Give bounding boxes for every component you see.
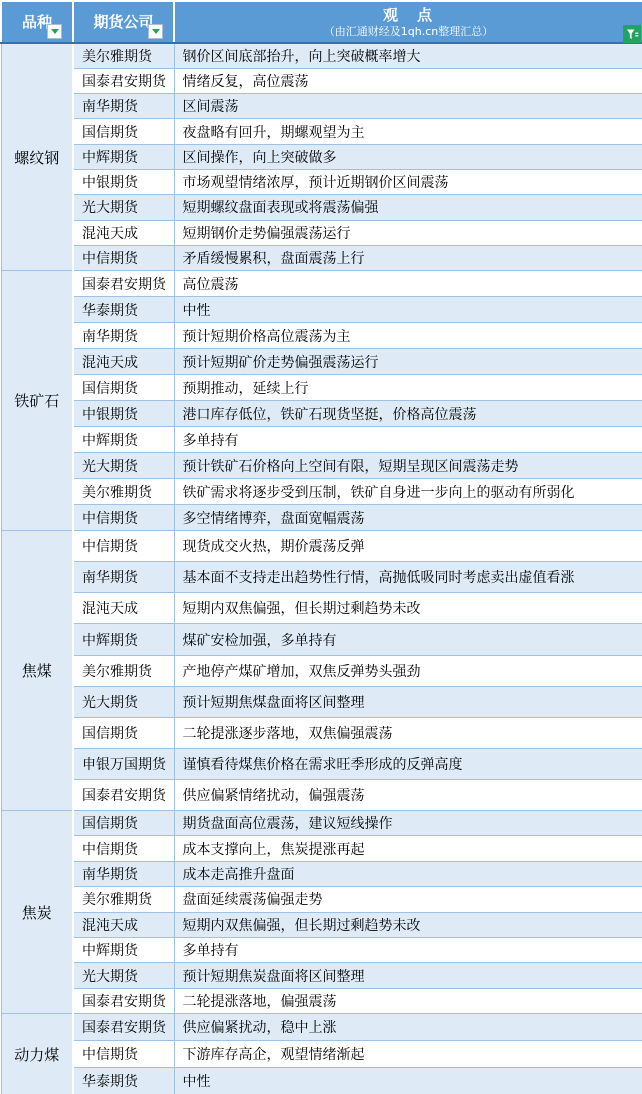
- variety-cell: 焦炭: [1, 811, 73, 1014]
- view-cell: 下游库存高企，观望情绪渐起: [174, 1041, 642, 1068]
- table-row: 美尔雅期货铁矿需求将逐步受到压制，铁矿自身进一步向上的驱动有所弱化: [1, 479, 642, 505]
- company-cell: 光大期货: [73, 453, 174, 479]
- table-row: 中辉期货煤矿安检加强，多单持有: [1, 624, 642, 655]
- view-cell: 矛盾缓慢累积，盘面震荡上行: [174, 245, 642, 270]
- futures-views-table: 品种 期货公司 观 点 （由汇通财经及1qh.cn整理汇总） 螺纹钢美尔雅期货: [0, 0, 642, 1094]
- table-row: 焦煤中信期货现货成交火热，期价震荡反弹: [1, 531, 642, 562]
- table-row: 国泰君安期货二轮提涨落地，偏强震荡: [1, 988, 642, 1013]
- view-cell: 预计短期矿价走势偏强震荡运行: [174, 349, 642, 375]
- view-cell: 短期内双焦偏强，但长期过剩趋势未改: [174, 912, 642, 937]
- company-cell: 中信期货: [73, 245, 174, 270]
- header-view-subtitle: （由汇通财经及1qh.cn整理汇总）: [175, 25, 642, 38]
- header-row: 品种 期货公司 观 点 （由汇通财经及1qh.cn整理汇总）: [1, 1, 642, 43]
- table-row: 光大期货短期螺纹盘面表现或将震荡偏强: [1, 195, 642, 220]
- view-cell: 短期钢价走势偏强震荡运行: [174, 220, 642, 245]
- view-cell: 中性: [174, 297, 642, 323]
- view-cell: 情绪反复，高位震荡: [174, 68, 642, 93]
- view-cell: 区间操作，向上突破做多: [174, 144, 642, 169]
- company-cell: 混沌天成: [73, 593, 174, 624]
- company-cell: 美尔雅期货: [73, 479, 174, 505]
- view-cell: 煤矿安检加强，多单持有: [174, 624, 642, 655]
- company-cell: 光大期货: [73, 686, 174, 717]
- table-row: 混沌天成短期内双焦偏强，但长期过剩趋势未改: [1, 593, 642, 624]
- company-cell: 南华期货: [73, 323, 174, 349]
- company-cell: 中信期货: [73, 1041, 174, 1068]
- company-cell: 美尔雅期货: [73, 655, 174, 686]
- table-row: 南华期货区间震荡: [1, 94, 642, 119]
- variety-cell: 铁矿石: [1, 271, 73, 531]
- table-row: 中辉期货区间操作，向上突破做多: [1, 144, 642, 169]
- company-cell: 南华期货: [73, 94, 174, 119]
- view-cell: 产地停产煤矿增加，双焦反弹势头强劲: [174, 655, 642, 686]
- table-row: 国信期货二轮提涨逐步落地，双焦偏强震荡: [1, 717, 642, 748]
- table-row: 中信期货成本支撑向上，焦炭提涨再起: [1, 836, 642, 861]
- table-row: 中信期货矛盾缓慢累积，盘面震荡上行: [1, 245, 642, 270]
- view-cell: 供应偏紧情绪扰动，偏强震荡: [174, 779, 642, 810]
- table-row: 国泰君安期货供应偏紧情绪扰动，偏强震荡: [1, 779, 642, 810]
- company-cell: 华泰期货: [73, 1068, 174, 1094]
- table-row: 美尔雅期货盘面延续震荡偏强走势: [1, 887, 642, 912]
- table-row: 光大期货预计短期焦炭盘面将区间整理: [1, 963, 642, 988]
- table-row: 中辉期货多单持有: [1, 427, 642, 453]
- company-cell: 光大期货: [73, 963, 174, 988]
- table-row: 光大期货预计短期焦煤盘面将区间整理: [1, 686, 642, 717]
- view-cell: 预期推动，延续上行: [174, 375, 642, 401]
- view-cell: 成本走高推升盘面: [174, 861, 642, 886]
- view-cell: 短期螺纹盘面表现或将震荡偏强: [174, 195, 642, 220]
- dropdown-arrow-icon: [152, 29, 160, 34]
- view-cell: 市场观望情绪浓厚，预计近期钢价区间震荡: [174, 169, 642, 194]
- view-cell: 多空情绪博弈，盘面宽幅震荡: [174, 505, 642, 531]
- company-cell: 国信期货: [73, 811, 174, 836]
- view-cell: 夜盘略有回升，期螺观望为主: [174, 119, 642, 144]
- company-filter-button[interactable]: [148, 24, 163, 39]
- table-row: 国信期货预期推动，延续上行: [1, 375, 642, 401]
- view-cell: 盘面延续震荡偏强走势: [174, 887, 642, 912]
- table-body: 螺纹钢美尔雅期货钢价区间底部抬升，向上突破概率增大国泰君安期货情绪反复，高位震荡…: [1, 43, 642, 1094]
- table-row: 光大期货预计铁矿石价格向上空间有限，短期呈现区间震荡走势: [1, 453, 642, 479]
- table-row: 华泰期货中性: [1, 1068, 642, 1094]
- company-cell: 中银期货: [73, 401, 174, 427]
- company-cell: 中辉期货: [73, 624, 174, 655]
- company-cell: 中辉期货: [73, 937, 174, 962]
- company-cell: 国泰君安期货: [73, 1014, 174, 1041]
- view-cell: 预计短期价格高位震荡为主: [174, 323, 642, 349]
- table-row: 华泰期货中性: [1, 297, 642, 323]
- company-cell: 国泰君安期货: [73, 271, 174, 297]
- company-cell: 混沌天成: [73, 220, 174, 245]
- variety-cell: 动力煤: [1, 1014, 73, 1094]
- view-cell: 二轮提涨逐步落地，双焦偏强震荡: [174, 717, 642, 748]
- variety-cell: 螺纹钢: [1, 43, 73, 271]
- header-view-label: 观 点: [175, 6, 642, 25]
- company-cell: 南华期货: [73, 861, 174, 886]
- view-cell: 现货成交火热，期价震荡反弹: [174, 531, 642, 562]
- view-cell: 区间震荡: [174, 94, 642, 119]
- table-row: 中银期货港口库存低位，铁矿石现货坚挺，价格高位震荡: [1, 401, 642, 427]
- view-cell: 预计铁矿石价格向上空间有限，短期呈现区间震荡走势: [174, 453, 642, 479]
- company-cell: 国泰君安期货: [73, 68, 174, 93]
- view-cell: 成本支撑向上，焦炭提涨再起: [174, 836, 642, 861]
- table-row: 美尔雅期货产地停产煤矿增加，双焦反弹势头强劲: [1, 655, 642, 686]
- variety-filter-button[interactable]: [47, 24, 62, 39]
- filter-funnel-icon[interactable]: [623, 25, 641, 43]
- company-cell: 混沌天成: [73, 912, 174, 937]
- table-header: 品种 期货公司 观 点 （由汇通财经及1qh.cn整理汇总）: [1, 1, 642, 43]
- view-cell: 港口库存低位，铁矿石现货坚挺，价格高位震荡: [174, 401, 642, 427]
- view-cell: 高位震荡: [174, 271, 642, 297]
- view-cell: 预计短期焦炭盘面将区间整理: [174, 963, 642, 988]
- view-cell: 钢价区间底部抬升，向上突破概率增大: [174, 43, 642, 68]
- table-row: 南华期货成本走高推升盘面: [1, 861, 642, 886]
- company-cell: 华泰期货: [73, 297, 174, 323]
- company-cell: 中辉期货: [73, 427, 174, 453]
- company-cell: 国泰君安期货: [73, 988, 174, 1013]
- variety-cell: 焦煤: [1, 531, 73, 811]
- view-cell: 多单持有: [174, 937, 642, 962]
- table-row: 中辉期货多单持有: [1, 937, 642, 962]
- table-row: 螺纹钢美尔雅期货钢价区间底部抬升，向上突破概率增大: [1, 43, 642, 68]
- table-row: 国泰君安期货情绪反复，高位震荡: [1, 68, 642, 93]
- futures-views-sheet: 品种 期货公司 观 点 （由汇通财经及1qh.cn整理汇总） 螺纹钢美尔雅期货: [0, 0, 642, 1094]
- table-row: 申银万国期货谨慎看待煤焦价格在需求旺季形成的反弹高度: [1, 748, 642, 779]
- company-cell: 中信期货: [73, 836, 174, 861]
- table-row: 混沌天成短期内双焦偏强，但长期过剩趋势未改: [1, 912, 642, 937]
- view-cell: 预计短期焦煤盘面将区间整理: [174, 686, 642, 717]
- view-cell: 中性: [174, 1068, 642, 1094]
- table-row: 混沌天成预计短期矿价走势偏强震荡运行: [1, 349, 642, 375]
- funnel-glyph: [626, 28, 639, 41]
- header-variety: 品种: [1, 1, 73, 43]
- table-row: 焦炭国信期货期货盘面高位震荡，建议短线操作: [1, 811, 642, 836]
- table-row: 中银期货市场观望情绪浓厚，预计近期钢价区间震荡: [1, 169, 642, 194]
- company-cell: 南华期货: [73, 562, 174, 593]
- company-cell: 申银万国期货: [73, 748, 174, 779]
- company-cell: 混沌天成: [73, 349, 174, 375]
- header-company: 期货公司: [73, 1, 174, 43]
- company-cell: 美尔雅期货: [73, 887, 174, 912]
- table-row: 中信期货多空情绪博弈，盘面宽幅震荡: [1, 505, 642, 531]
- company-cell: 国泰君安期货: [73, 779, 174, 810]
- dropdown-arrow-icon: [51, 29, 59, 34]
- table-row: 动力煤国泰君安期货供应偏紧扰动，稳中上涨: [1, 1014, 642, 1041]
- table-row: 南华期货预计短期价格高位震荡为主: [1, 323, 642, 349]
- view-cell: 期货盘面高位震荡，建议短线操作: [174, 811, 642, 836]
- view-cell: 多单持有: [174, 427, 642, 453]
- company-cell: 国信期货: [73, 717, 174, 748]
- table-row: 中信期货下游库存高企，观望情绪渐起: [1, 1041, 642, 1068]
- table-row: 国信期货夜盘略有回升，期螺观望为主: [1, 119, 642, 144]
- company-cell: 中信期货: [73, 505, 174, 531]
- view-cell: 铁矿需求将逐步受到压制，铁矿自身进一步向上的驱动有所弱化: [174, 479, 642, 505]
- table-row: 南华期货基本面不支持走出趋势性行情，高抛低吸同时考虑卖出虚值看涨: [1, 562, 642, 593]
- view-cell: 二轮提涨落地，偏强震荡: [174, 988, 642, 1013]
- company-cell: 国信期货: [73, 119, 174, 144]
- table-row: 混沌天成短期钢价走势偏强震荡运行: [1, 220, 642, 245]
- company-cell: 美尔雅期货: [73, 43, 174, 68]
- company-cell: 光大期货: [73, 195, 174, 220]
- company-cell: 中银期货: [73, 169, 174, 194]
- view-cell: 供应偏紧扰动，稳中上涨: [174, 1014, 642, 1041]
- view-cell: 短期内双焦偏强，但长期过剩趋势未改: [174, 593, 642, 624]
- company-cell: 国信期货: [73, 375, 174, 401]
- company-cell: 中信期货: [73, 531, 174, 562]
- view-cell: 谨慎看待煤焦价格在需求旺季形成的反弹高度: [174, 748, 642, 779]
- table-row: 铁矿石国泰君安期货高位震荡: [1, 271, 642, 297]
- header-view: 观 点 （由汇通财经及1qh.cn整理汇总）: [174, 1, 642, 43]
- company-cell: 中辉期货: [73, 144, 174, 169]
- view-cell: 基本面不支持走出趋势性行情，高抛低吸同时考虑卖出虚值看涨: [174, 562, 642, 593]
